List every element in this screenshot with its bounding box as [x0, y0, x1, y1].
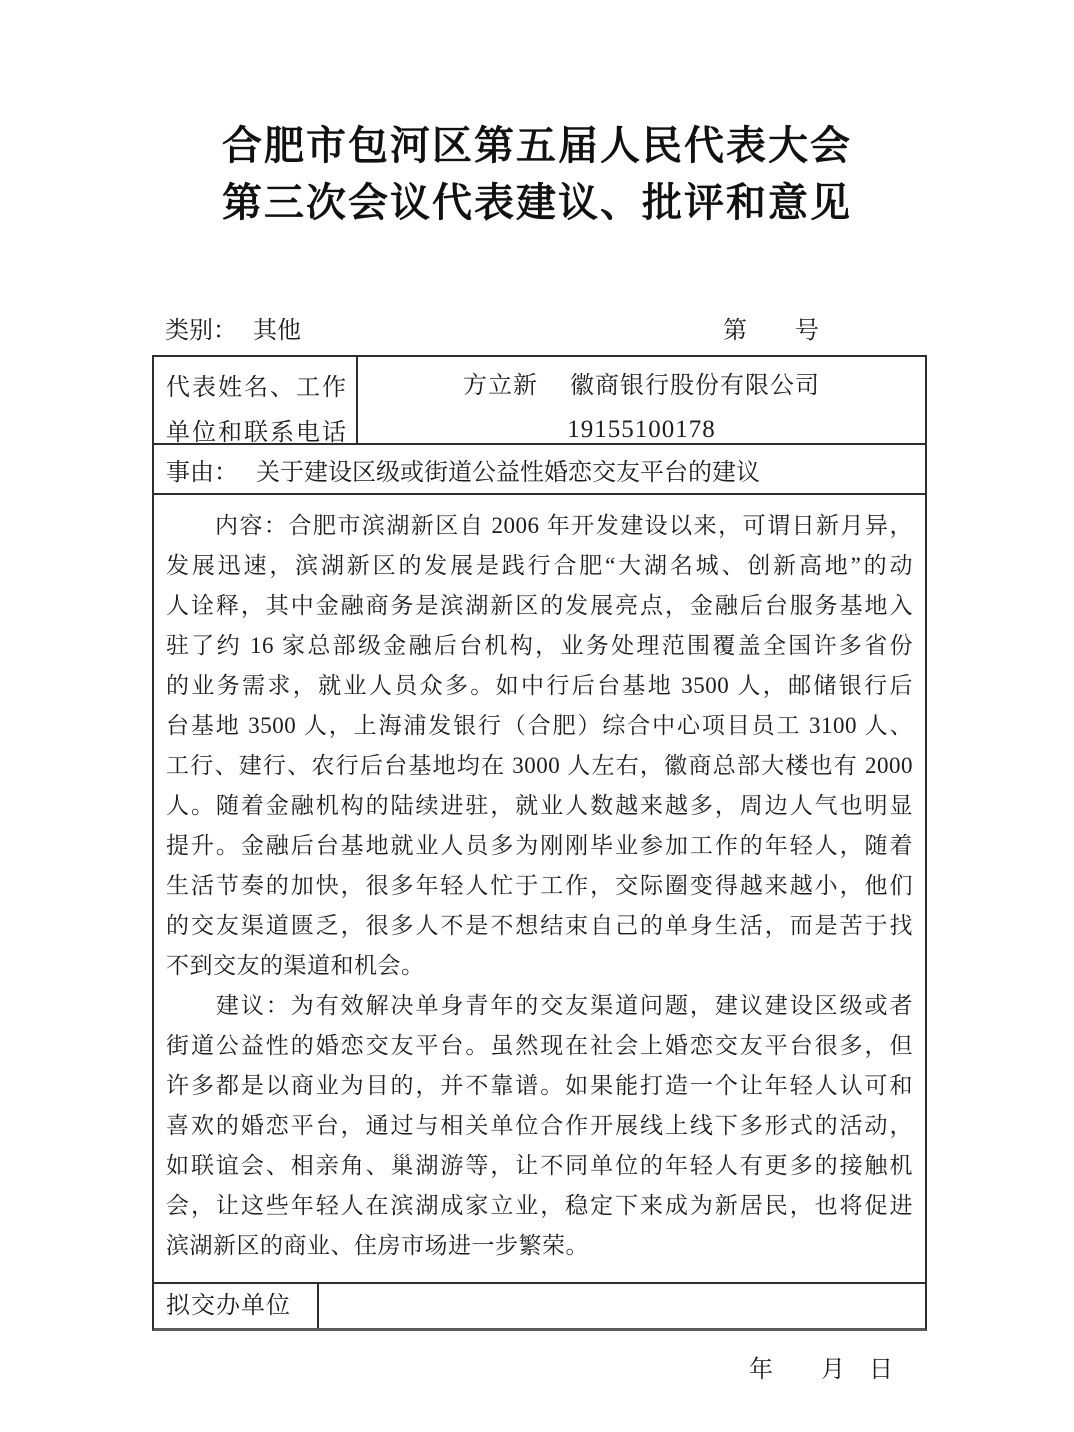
table-row-assign-unit: 拟交办单位: [154, 1284, 925, 1328]
category-group: 类别： 其他: [165, 314, 301, 348]
date-placeholder: 年 月 日: [152, 1350, 893, 1390]
table-row-content: 内容：合肥市滨湖新区自 2006 年开发建设以来，可谓日新月异，发展迅速，滨湖新…: [154, 495, 925, 1284]
doc-number-blank: 第 号: [723, 314, 819, 348]
document-title-line1: 合肥市包河区第五届人民代表大会: [0, 118, 1074, 175]
representative-name-org: 方立新 徽商银行股份有限公司: [358, 364, 925, 408]
table-row-representative: 代表姓名、工作 单位和联系电话 方立新 徽商银行股份有限公司 191551001…: [154, 357, 925, 445]
assign-unit-value-blank: [319, 1284, 925, 1328]
document-page: 合肥市包河区第五届人民代表大会 第三次会议代表建议、批评和意见 类别： 其他 第…: [0, 0, 1074, 1432]
content-paragraph-1: 内容：合肥市滨湖新区自 2006 年开发建设以来，可谓日新月异，发展迅速，滨湖新…: [166, 506, 913, 986]
subject-value: 关于建设区级或街道公益性婚恋交友平台的建议: [256, 452, 760, 487]
representative-phone: 19155100178: [358, 408, 925, 452]
content-paragraph-2: 建议：为有效解决单身青年的交友渠道问题，建议建设区级或者街道公益性的婚恋交友平台…: [166, 986, 913, 1266]
representative-label-line2: 单位和联系电话: [166, 411, 356, 456]
category-label: 类别：: [165, 314, 237, 348]
subject-label: 事由：: [166, 452, 238, 487]
representative-value-cell: 方立新 徽商银行股份有限公司 19155100178: [358, 357, 925, 443]
representative-label-cell: 代表姓名、工作 单位和联系电话: [154, 357, 358, 443]
category-value: 其他: [253, 314, 301, 348]
meta-row: 类别： 其他 第 号: [152, 314, 927, 348]
form-table: 代表姓名、工作 单位和联系电话 方立新 徽商银行股份有限公司 191551001…: [152, 355, 927, 1331]
table-row-subject: 事由： 关于建设区级或街道公益性婚恋交友平台的建议: [154, 445, 925, 495]
assign-unit-label: 拟交办单位: [154, 1284, 319, 1328]
document-title: 合肥市包河区第五届人民代表大会 第三次会议代表建议、批评和意见: [0, 118, 1074, 232]
representative-label-line1: 代表姓名、工作: [166, 366, 356, 411]
document-title-line2: 第三次会议代表建议、批评和意见: [0, 175, 1074, 232]
